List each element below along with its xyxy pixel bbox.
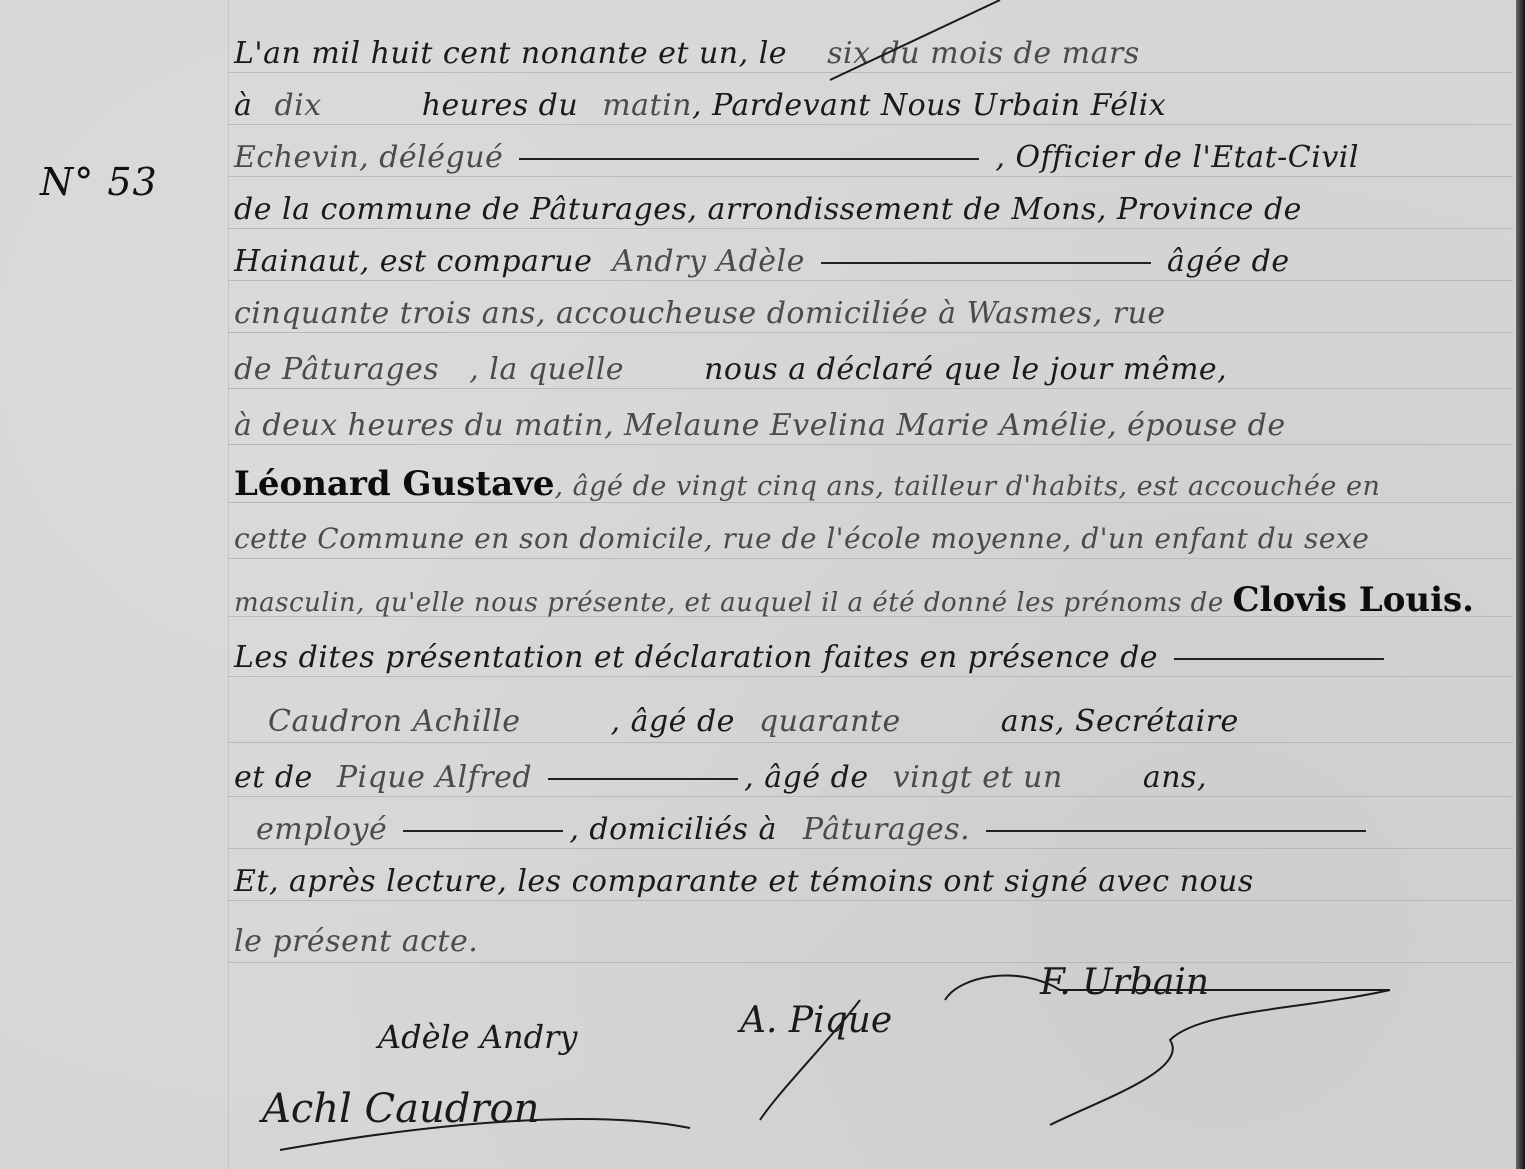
signature-flourishes [0, 0, 1525, 1169]
document-page: N° 53 L'an mil huit cent nonante et un, … [0, 0, 1525, 1169]
